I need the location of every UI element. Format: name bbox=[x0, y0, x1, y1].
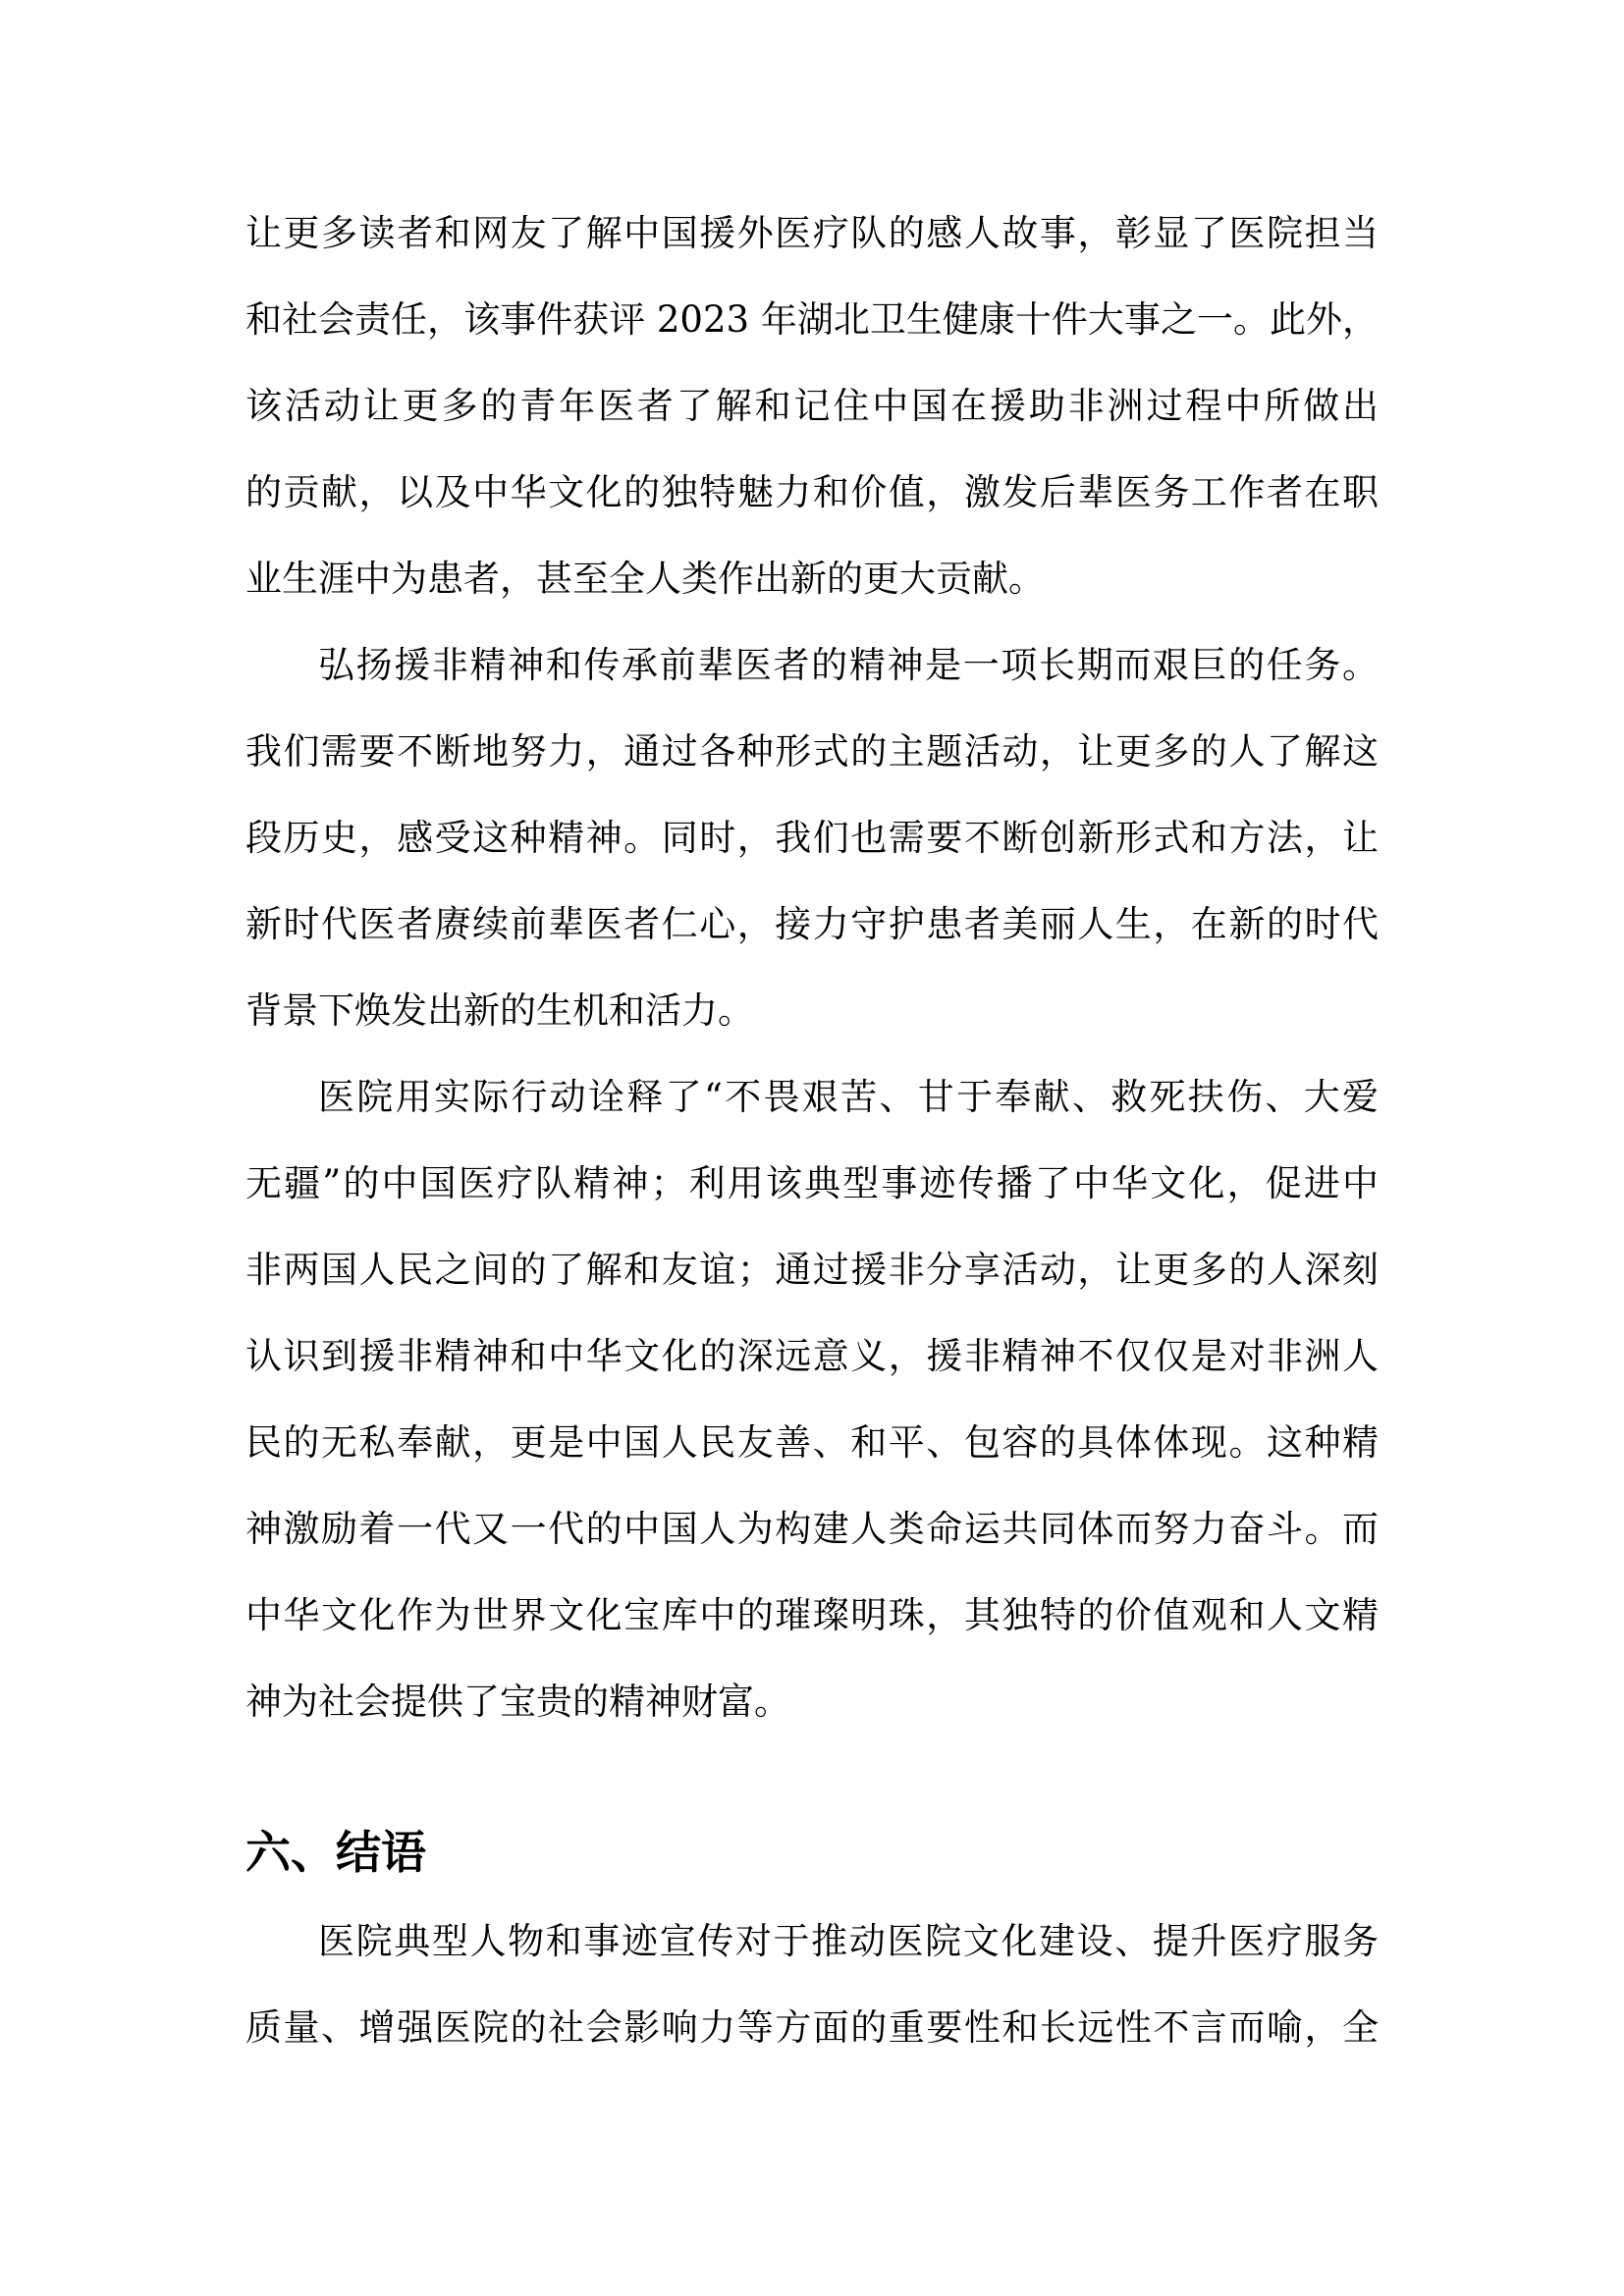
text-line: 医院用实际行动诠释了“不畏艰苦、甘于奉献、救死扶伤、大爱 bbox=[245, 1054, 1379, 1141]
document-page: 让更多读者和网友了解中国援外医疗队的感人故事，彰显了医院担当 和社会责任，该事件… bbox=[0, 0, 1624, 2296]
paragraph: 医院用实际行动诠释了“不畏艰苦、甘于奉献、救死扶伤、大爱 无疆”的中国医疗队精神… bbox=[245, 1054, 1379, 1745]
text-line: 神为社会提供了宝贵的精神财富。 bbox=[245, 1659, 1379, 1745]
text-line: 段历史，感受这种精神。同时，我们也需要不断创新形式和方法，让 bbox=[245, 795, 1379, 881]
text-line: 我们需要不断地努力，通过各种形式的主题活动，让更多的人了解这 bbox=[245, 709, 1379, 795]
text-line: 医院典型人物和事迹宣传对于推动医院文化建设、提升医疗服务 bbox=[245, 1898, 1379, 1985]
text-line: 让更多读者和网友了解中国援外医疗队的感人故事，彰显了医院担当 bbox=[245, 190, 1379, 277]
text-line: 新时代医者赓续前辈医者仁心，接力守护患者美丽人生，在新的时代 bbox=[245, 881, 1379, 968]
paragraph: 弘扬援非精神和传承前辈医者的精神是一项长期而艰巨的任务。 我们需要不断地努力，通… bbox=[245, 622, 1379, 1054]
text-line: 民的无私奉献，更是中国人民友善、和平、包容的具体体现。这种精 bbox=[245, 1400, 1379, 1486]
paragraph: 医院典型人物和事迹宣传对于推动医院文化建设、提升医疗服务 质量、增强医院的社会影… bbox=[245, 1898, 1379, 2071]
text-line: 和社会责任，该事件获评 2023 年湖北卫生健康十件大事之一。此外， bbox=[245, 277, 1379, 363]
text-line: 该活动让更多的青年医者了解和记住中国在援助非洲过程中所做出 bbox=[245, 363, 1379, 450]
paragraph: 让更多读者和网友了解中国援外医疗队的感人故事，彰显了医院担当 和社会责任，该事件… bbox=[245, 190, 1379, 622]
text-line: 业生涯中为患者，甚至全人类作出新的更大贡献。 bbox=[245, 536, 1379, 622]
text-line: 背景下焕发出新的生机和活力。 bbox=[245, 968, 1379, 1054]
text-line: 神激励着一代又一代的中国人为构建人类命运共同体而努力奋斗。而 bbox=[245, 1486, 1379, 1573]
text-line: 质量、增强医院的社会影响力等方面的重要性和长远性不言而喻，全 bbox=[245, 1985, 1379, 2071]
text-line: 非两国人民之间的了解和友谊；通过援非分享活动，让更多的人深刻 bbox=[245, 1227, 1379, 1313]
text-line: 中华文化作为世界文化宝库中的璀璨明珠，其独特的价值观和人文精 bbox=[245, 1573, 1379, 1659]
section-heading: 六、结语 bbox=[245, 1821, 1379, 1884]
text-line: 认识到援非精神和中华文化的深远意义，援非精神不仅仅是对非洲人 bbox=[245, 1313, 1379, 1400]
text-line: 弘扬援非精神和传承前辈医者的精神是一项长期而艰巨的任务。 bbox=[245, 622, 1379, 709]
text-line: 的贡献，以及中华文化的独特魅力和价值，激发后辈医务工作者在职 bbox=[245, 450, 1379, 536]
text-line: 无疆”的中国医疗队精神；利用该典型事迹传播了中华文化，促进中 bbox=[245, 1141, 1379, 1227]
